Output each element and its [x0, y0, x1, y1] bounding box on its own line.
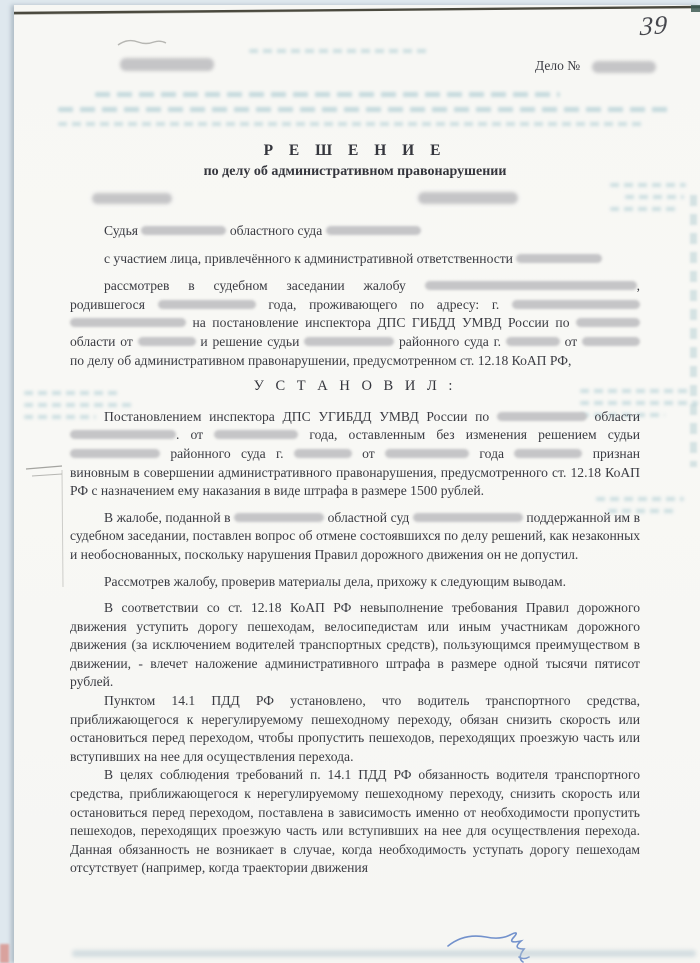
bleedthrough-edge-text	[690, 195, 697, 467]
paragraph-participation: с участием лица, привлечённого к админис…	[70, 250, 640, 269]
redacted-text	[70, 449, 160, 458]
redacted-text	[141, 226, 226, 235]
redacted-text	[70, 430, 176, 439]
paragraph-ruling-background: Постановлением инспектора ДПС УГИБДД УМВ…	[70, 408, 640, 501]
paragraph-complaint-intro: рассмотрев в судебном заседании жалобу ,…	[70, 277, 640, 370]
document-title: Р Е Ш Е Н И Е	[70, 142, 640, 160]
redacted-text	[294, 449, 352, 458]
bleedthrough-text	[228, 49, 486, 61]
redacted-stamp	[120, 58, 214, 71]
redacted-text	[576, 318, 640, 327]
redacted-text	[497, 412, 587, 421]
redacted-text	[158, 300, 256, 309]
scan-background: 39 Дело №	[0, 0, 700, 963]
redacted-text	[326, 226, 421, 235]
redacted-place	[92, 193, 172, 204]
redacted-text	[70, 318, 186, 327]
document-subtitle: по делу об административном правонарушен…	[70, 164, 640, 180]
page-bottom-shadow	[72, 950, 696, 957]
redacted-text	[512, 300, 640, 309]
document-page: 39 Дело №	[14, 5, 700, 963]
redacted-text	[138, 337, 196, 346]
bleedthrough-text	[58, 92, 670, 134]
redacted-text	[516, 254, 602, 263]
scanned-court-decision: { "document": { "page_number_handwritten…	[0, 0, 700, 963]
scan-corner-shadow	[691, 5, 700, 12]
scanner-edge-line	[14, 5, 700, 17]
bleedthrough-text	[610, 183, 694, 219]
redacted-text	[413, 513, 523, 522]
redacted-text	[425, 281, 637, 290]
redacted-case-number	[592, 61, 656, 73]
paragraph-pdd-141: Пунктом 14.1 ПДД РФ установлено, что вод…	[70, 692, 640, 766]
paragraph-review: Рассмотрев жалобу, проверив материалы де…	[70, 573, 640, 592]
handwritten-page-number: 39	[639, 10, 668, 43]
case-number-label: Дело №	[535, 58, 580, 74]
paragraph-judge: Судья областного суда	[70, 222, 640, 241]
redacted-date	[418, 192, 518, 204]
redacted-text	[304, 337, 394, 346]
redacted-text	[514, 449, 582, 458]
document-body: Судья областного суда с участием лица, п…	[70, 222, 640, 878]
pencil-bracket-mark	[22, 457, 82, 592]
redacted-text	[506, 337, 560, 346]
pencil-squiggle-mark	[114, 33, 178, 51]
redacted-text	[582, 337, 640, 346]
redacted-text	[234, 513, 324, 522]
paragraph-duty-explanation: В целях соблюдения требований п. 14.1 ПД…	[70, 766, 640, 878]
section-heading-established: У С Т А Н О В И Л :	[70, 377, 640, 396]
redacted-text	[385, 449, 469, 458]
scan-corner-mark	[0, 944, 9, 963]
redacted-text	[214, 430, 298, 439]
paragraph-article-1218: В соответствии со ст. 12.18 КоАП РФ невы…	[70, 599, 640, 692]
paragraph-complaint-request: В жалобе, поданной в областной суд подде…	[70, 509, 640, 565]
